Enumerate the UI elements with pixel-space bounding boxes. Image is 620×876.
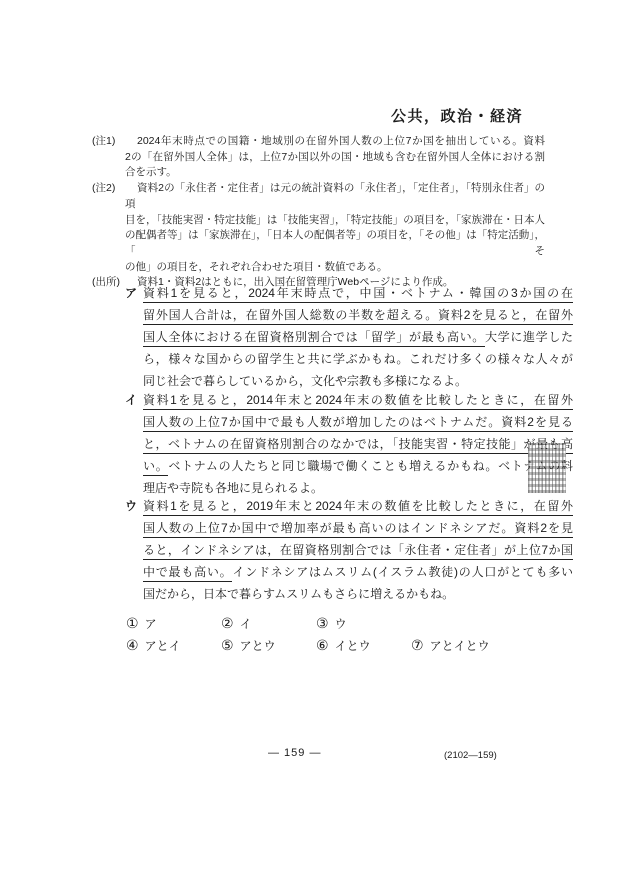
choice-label: アとイ [145, 639, 181, 653]
passage-line: ると，インドネシアは，在留資格別割合では「永住者・定住者」が上位7か国 [143, 539, 573, 561]
note-text: 資料2の「永住者・定住者」は元の統計資料の「永住者」，「定住者」，「特別永住者」… [125, 182, 545, 210]
passage-line: 中で最も高い。インドネシアはムスリム(イスラム教徒)の人口がとても多い [143, 561, 573, 583]
circled-number-icon: ④ [126, 637, 139, 653]
choice-option: ③ウ [316, 612, 411, 635]
note-line: (注2)資料2の「永住者・定住者」は元の統計資料の「永住者」，「定住者」，「特別… [125, 181, 545, 212]
page-number: — 159 — [268, 747, 321, 759]
choice-option: ⑥イとウ [316, 634, 411, 657]
plain-text: 国だから，日本で暮らすムスリムもさらに増えるかもね。 [143, 587, 454, 601]
passage-line: い。ベトナムの人たちと同じ職場で働くことも増えるかもね。ベトナムの料 [143, 455, 573, 477]
fine-print-stamp [528, 443, 566, 493]
underlined-text: 国人数の上位7か国中で増加率が最も高いのはインドネシアだ。資料2を見 [143, 521, 573, 538]
circled-number-icon: ③ [316, 615, 329, 631]
passage-line: 国人数の上位7か国中で増加率が最も高いのはインドネシアだ。資料2を見 [143, 517, 573, 539]
passage-line: 資料1を見ると，2014年末と2024年末の数値を比較したときに，在留外 [143, 389, 573, 411]
choice-option: ②イ [221, 612, 316, 635]
passage-line: 資料1を見ると，2019年末と2024年末の数値を比較したときに，在留外 [143, 495, 573, 517]
choices-row-2: ④アとイ⑤アとウ⑥イとウ⑦アとイとウ [126, 634, 606, 657]
note-label: (出所) [92, 275, 120, 291]
note-text: 合を示す。 [125, 166, 177, 178]
underlined-text: 資料1を見ると，2019年末と2024年末の数値を比較したときに，在留外 [143, 499, 573, 516]
note-line: の配偶者等」は「家族滞在」，「日本人の配偶者等」の項目を，「その他」は「特定活動… [125, 228, 545, 259]
page-title: 公共，政治・経済 [391, 105, 523, 126]
exam-page: 公共，政治・経済 (注1)2024年末時点での国籍・地域別の在留外国人数の上位7… [0, 0, 620, 876]
note-line: (注1)2024年末時点での国籍・地域別の在留外国人数の上位7か国を抽出している… [125, 134, 545, 150]
plain-text: ベトナムの人たちと同じ職場で働くことも増えるかもね。ベトナムの料 [168, 459, 573, 473]
choice-label: イ [240, 617, 252, 631]
underlined-text: 資料1を見ると，2014年末と2024年末の数値を比較したときに，在留外 [143, 393, 573, 410]
note-text: 2の「在留外国人全体」は，上位7か国以外の国・地域も含む在留外国人全体における割 [125, 151, 545, 163]
choices-row-1: ①ア②イ③ウ [126, 612, 606, 635]
circled-number-icon: ⑤ [221, 637, 234, 653]
plain-text: 同じ社会で暮らしているから，文化や宗教も多様になるよ。 [143, 374, 467, 388]
note-label: (注1) [92, 134, 115, 150]
passage-marker: ア [125, 282, 137, 304]
underlined-text: と，ベトナムの在留資格別割合のなかでは，「技能実習・特定技能」が最も高 [143, 437, 573, 454]
passage-line: ら，様々な国からの留学生と共に学ぶかもね。これだけ多くの様々な人々が [143, 348, 573, 370]
passage-i: イ資料1を見ると，2014年末と2024年末の数値を比較したときに，在留外国人数… [143, 389, 573, 499]
choice-label: ア [145, 617, 157, 631]
passage-line: 留外国人合計は，在留外国人総数の半数を超える。資料2を見ると，在留外 [143, 304, 573, 326]
choice-label: イとウ [335, 639, 371, 653]
note-line: 目を，「技能実習・特定技能」は「技能実習」，「特定技能」の項目を，「家族滞在・日… [125, 213, 545, 229]
notes: (注1)2024年末時点での国籍・地域別の在留外国人数の上位7か国を抽出している… [125, 134, 545, 291]
note-text: 目を，「技能実習・特定技能」は「技能実習」，「特定技能」の項目を，「家族滞在・日… [125, 214, 545, 226]
note-line: 合を示す。 [125, 165, 545, 181]
note-text: の配偶者等」は「家族滞在」，「日本人の配偶者等」の項目を，「その他」は「特定活動… [125, 229, 545, 257]
choice-label: アとウ [240, 639, 276, 653]
note-line: 2の「在留外国人全体」は，上位7か国以外の国・地域も含む在留外国人全体における割 [125, 150, 545, 166]
passage-line: 国人全体における在留資格別割合では「留学」が最も高い。大学に進学した [143, 326, 573, 348]
passage-a: ア資料1を見ると，2024年末時点で，中国・ベトナム・韓国の3か国の在留外国人合… [143, 282, 573, 392]
passage-line: と，ベトナムの在留資格別割合のなかでは，「技能実習・特定技能」が最も高 [143, 433, 573, 455]
doc-code: (2102—159) [444, 750, 497, 761]
passage-marker: イ [125, 389, 137, 411]
choice-option: ①ア [126, 612, 221, 635]
note-label: (注2) [92, 181, 115, 197]
choice-option: ④アとイ [126, 634, 221, 657]
underlined-text: 国人数の上位7か国中で最も人数が増加したのはベトナムだ。資料2を見る [143, 415, 573, 432]
underlined-text: 国人全体における在留資格別割合では「留学」が最も高い。 [143, 330, 485, 347]
passage-u: ウ資料1を見ると，2019年末と2024年末の数値を比較したときに，在留外国人数… [143, 495, 573, 605]
circled-number-icon: ⑦ [411, 637, 424, 653]
choice-label: ウ [335, 617, 347, 631]
choice-option: ⑦アとイとウ [411, 634, 506, 657]
plain-text: 大学に進学した [485, 330, 573, 344]
circled-number-icon: ② [221, 615, 234, 631]
passage-marker: ウ [125, 495, 137, 517]
underlined-text: 中で最も高い。 [143, 565, 232, 582]
passage-line: 国だから，日本で暮らすムスリムもさらに増えるかもね。 [143, 583, 573, 605]
underlined-text: 資料1を見ると，2024年末時点で，中国・ベトナム・韓国の3か国の在 [143, 286, 573, 303]
circled-number-icon: ⑥ [316, 637, 329, 653]
underlined-text: 留外国人合計は，在留外国人総数の半数を超える。資料2を見ると，在留外 [143, 308, 573, 325]
circled-number-icon: ① [126, 615, 139, 631]
underlined-text: ると，インドネシアは，在留資格別割合では「永住者・定住者」が上位7か国 [143, 543, 573, 560]
plain-text: 理店や寺院も各地に見られるよ。 [143, 481, 323, 495]
note-text: 2024年末時点での国籍・地域別の在留外国人数の上位7か国を抽出している。資料 [137, 135, 545, 147]
plain-text: インドネシアはムスリム(イスラム教徒)の人口がとても多い [232, 565, 573, 579]
plain-text: ら，様々な国からの留学生と共に学ぶかもね。これだけ多くの様々な人々が [143, 352, 573, 366]
note-line: の他」の項目を，それぞれ合わせた項目・数値である。 [125, 260, 545, 276]
passage-line: 資料1を見ると，2024年末時点で，中国・ベトナム・韓国の3か国の在 [143, 282, 573, 304]
passage-line: 国人数の上位7か国中で最も人数が増加したのはベトナムだ。資料2を見る [143, 411, 573, 433]
choice-option: ⑤アとウ [221, 634, 316, 657]
underlined-text: い。 [143, 459, 168, 476]
note-text: の他」の項目を，それぞれ合わせた項目・数値である。 [125, 261, 388, 273]
choice-label: アとイとウ [430, 639, 490, 653]
